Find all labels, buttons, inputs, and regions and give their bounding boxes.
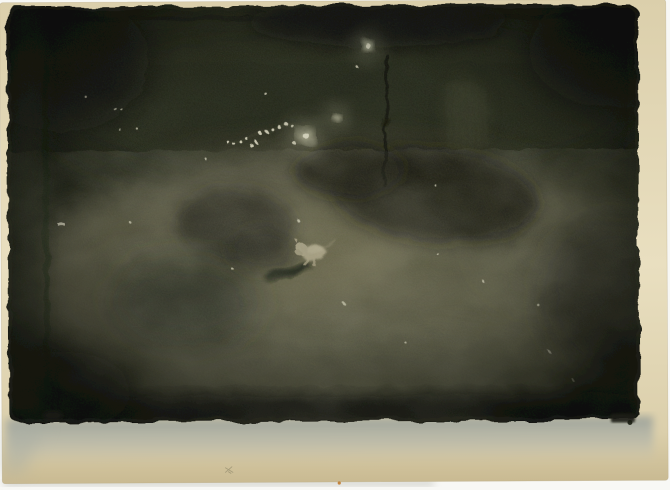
orange-fleck bbox=[338, 481, 341, 484]
vignette bbox=[7, 3, 640, 422]
photograph: Vintage hand-coated monochrome night pho… bbox=[0, 0, 670, 490]
photo-image: Vintage hand-coated monochrome night pho… bbox=[0, 0, 670, 490]
photo-print: cream photographic paper border gray dev… bbox=[0, 0, 670, 487]
image-area: bare mottled dirt ground bbox=[0, 0, 670, 432]
